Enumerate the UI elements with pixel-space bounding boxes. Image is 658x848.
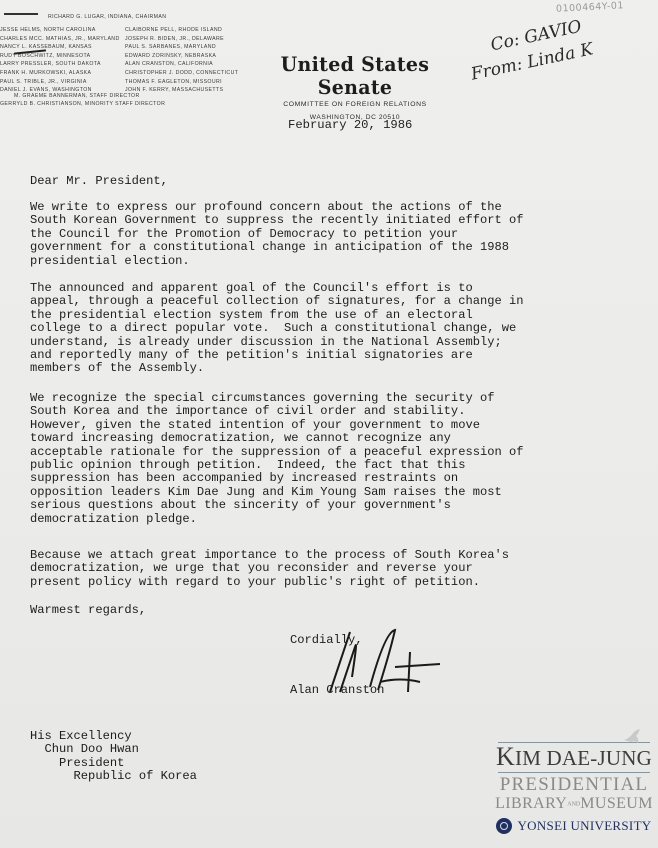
- member: Christopher J. Dodd, Connecticut: [125, 69, 238, 78]
- minority-staff-director: Gerryld B. Christianson, Minority Staff …: [0, 100, 165, 108]
- logo-presidential: PRESIDENTIAL: [494, 775, 654, 795]
- member: Nancy L. Kassebaum, Kansas: [0, 43, 120, 52]
- paragraph-4: Because we attach great importance to th…: [30, 549, 509, 589]
- members-left: Jesse Helms, North Carolina Charles McC.…: [0, 26, 120, 95]
- logo-library-museum: LIBRARYANDMUSEUM: [494, 795, 654, 813]
- staff-director: M. Graeme Bannerman, Staff Director: [0, 92, 165, 100]
- dove-icon: [622, 728, 642, 746]
- member: Thomas F. Eagleton, Missouri: [125, 78, 238, 87]
- paragraph-1: We write to express our profound concern…: [30, 201, 524, 268]
- logo-library: LIBRARY: [495, 795, 567, 812]
- institution-name: United States Senate: [250, 53, 460, 99]
- member: Edward Zorinsky, Nebraska: [125, 52, 238, 61]
- logo-name: IM DAE-JUNG: [515, 746, 652, 770]
- logo-museum: MUSEUM: [580, 795, 653, 812]
- salutation: Dear Mr. President,: [30, 174, 168, 188]
- member: Jesse Helms, North Carolina: [0, 26, 120, 35]
- logo-and: AND: [567, 801, 580, 807]
- member: Frank H. Murkowski, Alaska: [0, 69, 120, 78]
- member: Claiborne Pell, Rhode Island: [125, 26, 238, 35]
- paragraph-3: We recognize the special circumstances g…: [30, 392, 524, 526]
- recipient-address: His Excellency Chun Doo Hwan President R…: [30, 730, 197, 784]
- yonsei-seal-icon: [496, 818, 512, 834]
- logo-yonsei-text: YONSEI UNIVERSITY: [517, 818, 651, 834]
- museum-watermark: KIM DAE-JUNG PRESIDENTIAL LIBRARYANDMUSE…: [494, 728, 654, 834]
- members-right: Claiborne Pell, Rhode Island Joseph R. B…: [125, 26, 238, 95]
- chairman-rule: [4, 13, 38, 15]
- senate-masthead: United States Senate COMMITTEE ON FOREIG…: [250, 54, 460, 121]
- member: Paul S. Sarbanes, Maryland: [125, 43, 238, 52]
- logo-yonsei: YONSEI UNIVERSITY: [494, 818, 654, 834]
- committee-name: COMMITTEE ON FOREIGN RELATIONS: [250, 101, 460, 108]
- chairman: Richard G. Lugar, Indiana, Chairman: [48, 14, 166, 20]
- member: Charles McC. Mathias, Jr., Maryland: [0, 35, 120, 44]
- paragraph-2: The announced and apparent goal of the C…: [30, 282, 524, 376]
- letter-page: Richard G. Lugar, Indiana, Chairman Jess…: [0, 0, 658, 848]
- signer-name: Alan Cranston: [290, 683, 384, 697]
- logo-initial: K: [496, 742, 515, 771]
- member: Joseph R. Biden, Jr., Delaware: [125, 35, 238, 44]
- letter-date: February 20, 1986: [288, 118, 412, 132]
- staff-directors: M. Graeme Bannerman, Staff Director Gerr…: [0, 92, 165, 108]
- member: Alan Cranston, California: [125, 60, 238, 69]
- member: Paul S. Trible, Jr., Virginia: [0, 78, 120, 87]
- logo-rule: [498, 772, 650, 773]
- archive-number: 0100464Y-01: [556, 0, 624, 15]
- closing: Warmest regards,: [30, 603, 146, 617]
- member: Larry Pressler, South Dakota: [0, 60, 120, 69]
- logo-kim-dae-jung: KIM DAE-JUNG: [494, 745, 654, 770]
